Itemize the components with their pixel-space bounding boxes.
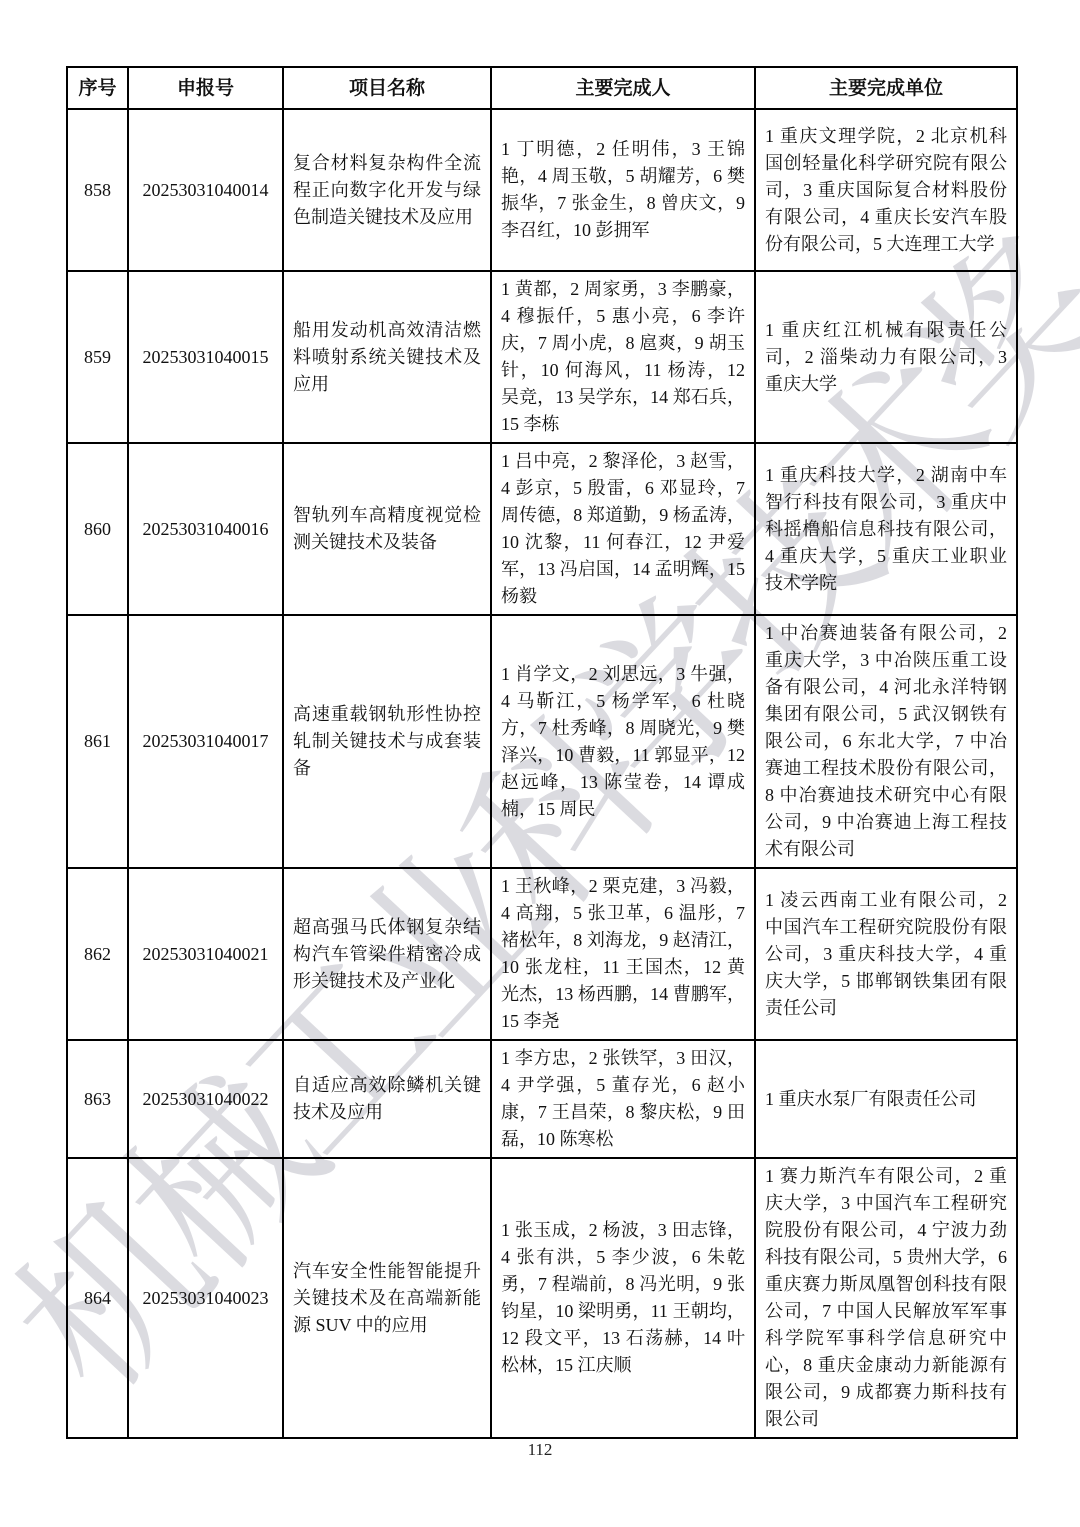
cell-units: 1 中冶赛迪装备有限公司，2 重庆大学，3 中冶陕压重工设备有限公司，4 河北永… bbox=[755, 615, 1017, 868]
cell-application-number: 20253031040014 bbox=[128, 109, 283, 271]
cell-contributors: 1 黄都，2 周家勇，3 李鹏豪，4 穆振仟，5 惠小亮，6 李许庆，7 周小虎… bbox=[491, 271, 755, 443]
cell-contributors: 1 丁明德，2 任明伟，3 王锦艳，4 周玉敬，5 胡耀芳，6 樊振华，7 张金… bbox=[491, 109, 755, 271]
table-header-row: 序号 申报号 项目名称 主要完成人 主要完成单位 bbox=[67, 67, 1017, 109]
page-number: 112 bbox=[0, 1440, 1080, 1460]
cell-application-number: 20253031040021 bbox=[128, 868, 283, 1040]
cell-project-name: 自适应高效除鳞机关键技术及应用 bbox=[283, 1040, 491, 1158]
cell-seq: 858 bbox=[67, 109, 128, 271]
cell-seq: 864 bbox=[67, 1158, 128, 1438]
cell-seq: 859 bbox=[67, 271, 128, 443]
header-contributors: 主要完成人 bbox=[491, 67, 755, 109]
cell-project-name: 超高强马氏体钢复杂结构汽车管梁件精密冷成形关键技术及产业化 bbox=[283, 868, 491, 1040]
cell-contributors: 1 吕中亮，2 黎泽伦，3 赵雪，4 彭京，5 殷雷，6 邓显玲，7 周传德，8… bbox=[491, 443, 755, 615]
cell-units: 1 重庆科技大学，2 湖南中车智行科技有限公司，3 重庆中科摇橹船信息科技有限公… bbox=[755, 443, 1017, 615]
table-body: 85820253031040014复合材料复杂构件全流程正向数字化开发与绿色制造… bbox=[67, 109, 1017, 1438]
header-application-number: 申报号 bbox=[128, 67, 283, 109]
cell-contributors: 1 张玉成，2 杨波，3 田志锋，4 张有洪，5 李少波，6 朱乾勇，7 程端前… bbox=[491, 1158, 755, 1438]
table-row: 85920253031040015船用发动机高效清洁燃料喷射系统关键技术及应用1… bbox=[67, 271, 1017, 443]
cell-seq: 862 bbox=[67, 868, 128, 1040]
cell-contributors: 1 王秋峰，2 栗克建，3 冯毅，4 高翔，5 张卫革，6 温彤，7 褚松年，8… bbox=[491, 868, 755, 1040]
table-row: 86320253031040022自适应高效除鳞机关键技术及应用1 李方忠，2 … bbox=[67, 1040, 1017, 1158]
cell-seq: 863 bbox=[67, 1040, 128, 1158]
cell-application-number: 20253031040022 bbox=[128, 1040, 283, 1158]
table-row: 86420253031040023汽车安全性能智能提升关键技术及在高端新能源 S… bbox=[67, 1158, 1017, 1438]
cell-application-number: 20253031040016 bbox=[128, 443, 283, 615]
cell-contributors: 1 李方忠，2 张铁罕，3 田汉，4 尹学强，5 董存光，6 赵小康，7 王昌荣… bbox=[491, 1040, 755, 1158]
header-seq: 序号 bbox=[67, 67, 128, 109]
cell-project-name: 汽车安全性能智能提升关键技术及在高端新能源 SUV 中的应用 bbox=[283, 1158, 491, 1438]
header-project-name: 项目名称 bbox=[283, 67, 491, 109]
cell-application-number: 20253031040017 bbox=[128, 615, 283, 868]
table-row: 85820253031040014复合材料复杂构件全流程正向数字化开发与绿色制造… bbox=[67, 109, 1017, 271]
cell-application-number: 20253031040015 bbox=[128, 271, 283, 443]
cell-project-name: 智轨列车高精度视觉检测关键技术及装备 bbox=[283, 443, 491, 615]
cell-units: 1 赛力斯汽车有限公司，2 重庆大学，3 中国汽车工程研究院股份有限公司，4 宁… bbox=[755, 1158, 1017, 1438]
cell-project-name: 高速重载钢轨形性协控轧制关键技术与成套装备 bbox=[283, 615, 491, 868]
header-units: 主要完成单位 bbox=[755, 67, 1017, 109]
document-page: 机械工业科学技术奖 序号 申报号 项目名称 主要完成人 主要完成单位 85820… bbox=[0, 0, 1080, 1527]
cell-seq: 861 bbox=[67, 615, 128, 868]
cell-units: 1 凌云西南工业有限公司，2 中国汽车工程研究院股份有限公司，3 重庆科技大学，… bbox=[755, 868, 1017, 1040]
cell-application-number: 20253031040023 bbox=[128, 1158, 283, 1438]
cell-seq: 860 bbox=[67, 443, 128, 615]
cell-project-name: 船用发动机高效清洁燃料喷射系统关键技术及应用 bbox=[283, 271, 491, 443]
cell-contributors: 1 肖学文，2 刘思远，3 牛强，4 马靳江，5 杨学军，6 杜晓方，7 杜秀峰… bbox=[491, 615, 755, 868]
cell-units: 1 重庆水泵厂有限责任公司 bbox=[755, 1040, 1017, 1158]
table-row: 86020253031040016智轨列车高精度视觉检测关键技术及装备1 吕中亮… bbox=[67, 443, 1017, 615]
cell-units: 1 重庆文理学院，2 北京机科国创轻量化科学研究院有限公司，3 重庆国际复合材料… bbox=[755, 109, 1017, 271]
cell-project-name: 复合材料复杂构件全流程正向数字化开发与绿色制造关键技术及应用 bbox=[283, 109, 491, 271]
table-row: 86120253031040017高速重载钢轨形性协控轧制关键技术与成套装备1 … bbox=[67, 615, 1017, 868]
cell-units: 1 重庆红江机械有限责任公司，2 淄柴动力有限公司，3 重庆大学 bbox=[755, 271, 1017, 443]
table-row: 86220253031040021超高强马氏体钢复杂结构汽车管梁件精密冷成形关键… bbox=[67, 868, 1017, 1040]
award-table: 序号 申报号 项目名称 主要完成人 主要完成单位 858202530310400… bbox=[66, 66, 1018, 1439]
